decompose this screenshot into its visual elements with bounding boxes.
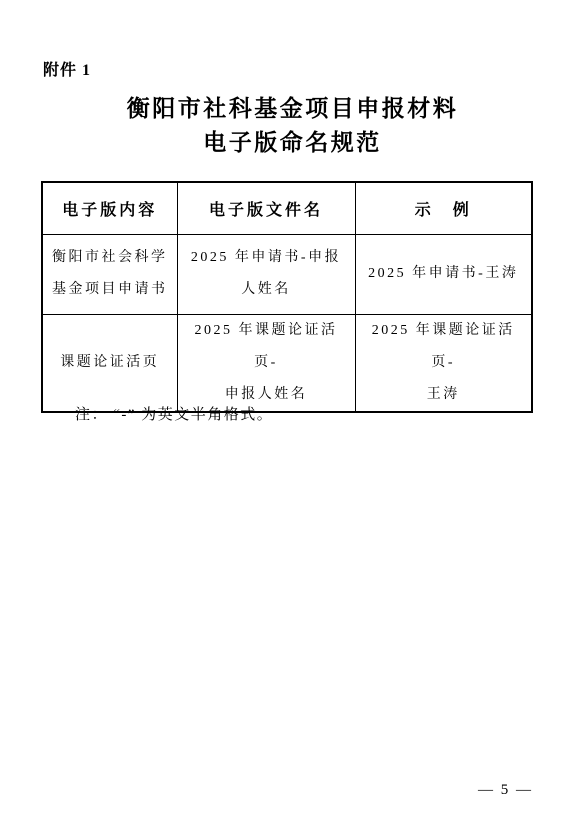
cell-row1-content: 衡阳市社会科学 基金项目申请书: [42, 234, 177, 314]
document-page: 附件 1 衡阳市社科基金项目申报材料 电子版命名规范 电子版内容 电子版文件名 …: [0, 0, 585, 825]
table-header-row: 电子版内容 电子版文件名 示 例: [42, 182, 532, 234]
cell-row1-example: 2025 年申请书-王涛: [355, 234, 532, 314]
page-title: 衡阳市社科基金项目申报材料 电子版命名规范: [0, 92, 585, 160]
attachment-label: 附件 1: [43, 57, 91, 80]
footnote: 注： “-” 为英文半角格式。: [75, 404, 273, 426]
header-cell-filename: 电子版文件名: [177, 182, 355, 234]
naming-spec-table: 电子版内容 电子版文件名 示 例 衡阳市社会科学 基金项目申请书 2025 年申…: [41, 181, 533, 413]
table-row: 衡阳市社会科学 基金项目申请书 2025 年申请书-申报 人姓名 2025 年申…: [42, 234, 532, 314]
header-cell-content: 电子版内容: [42, 182, 177, 234]
page-number: — 5 —: [478, 782, 533, 799]
cell-row2-example: 2025 年课题论证活页- 王涛: [355, 314, 532, 412]
header-cell-example: 示 例: [355, 182, 532, 234]
table-row: 课题论证活页 2025 年课题论证活页- 申报人姓名 2025 年课题论证活页-…: [42, 314, 532, 412]
cell-row2-filename: 2025 年课题论证活页- 申报人姓名: [177, 314, 355, 412]
cell-row2-content: 课题论证活页: [42, 314, 177, 412]
page-title-line-1: 衡阳市社科基金项目申报材料: [0, 92, 585, 126]
cell-row1-filename: 2025 年申请书-申报 人姓名: [177, 234, 355, 314]
page-title-line-2: 电子版命名规范: [0, 126, 585, 160]
